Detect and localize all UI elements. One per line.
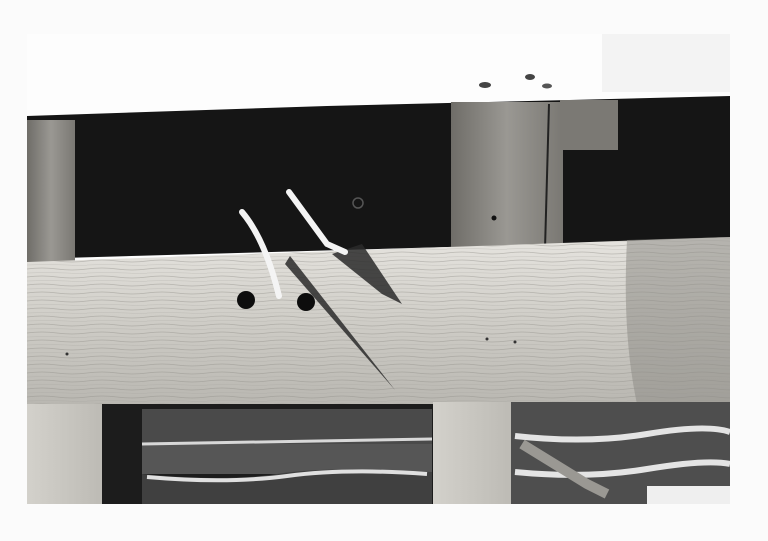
lower-center-post — [433, 402, 511, 504]
photograph — [27, 34, 730, 504]
left-post — [27, 120, 75, 262]
lower-left-post — [27, 404, 102, 504]
photo-print: Black-and-white photo of a weathered hor… — [0, 0, 768, 541]
photo-scene — [27, 34, 730, 504]
nail-hole — [237, 291, 255, 309]
dark-recess — [27, 96, 730, 259]
nail-hole — [297, 293, 315, 311]
